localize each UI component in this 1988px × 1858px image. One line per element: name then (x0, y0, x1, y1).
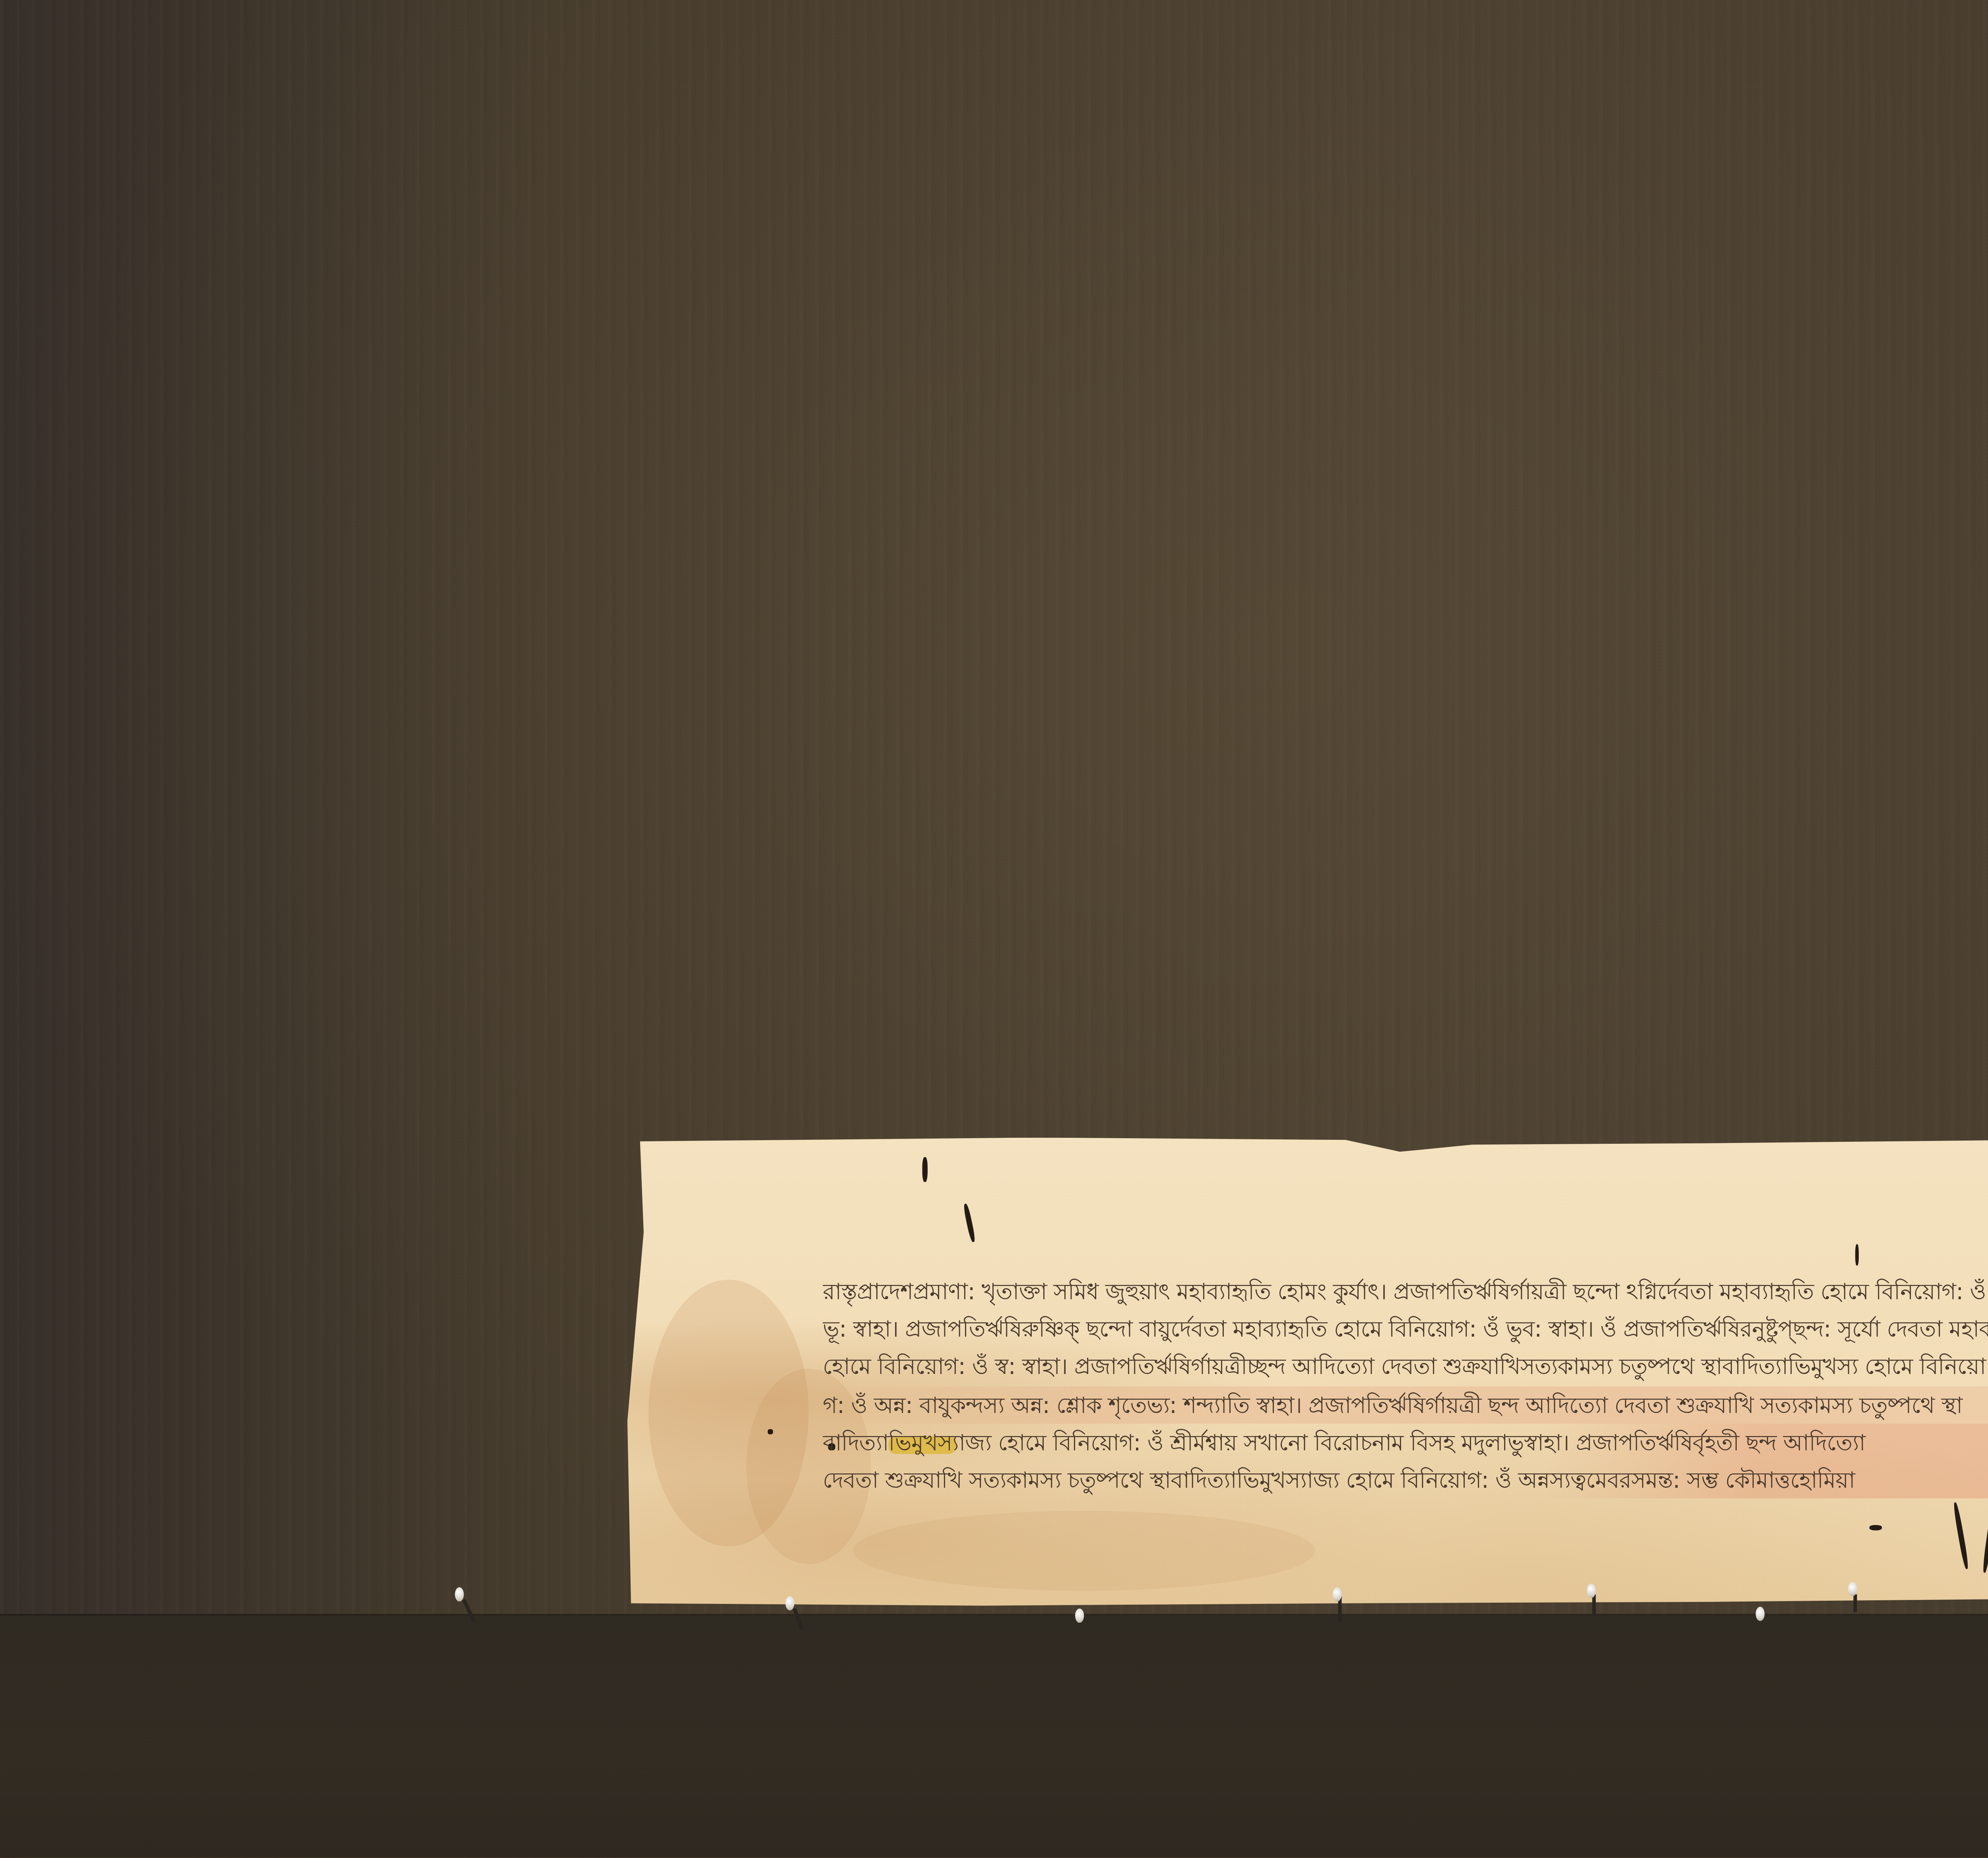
board-lower-panel (0, 1616, 1988, 1858)
damage-hole (922, 1157, 928, 1182)
manuscript-line-1: রাস্তৃপ্রাদেশপ্রমাণা: খৃতাক্তা সমিধ জুহু… (823, 1273, 1988, 1310)
manuscript-line-2: ভূ: স্বাহা। প্রজাপতির্ঋষিরুষ্ণিক্ ছন্দো … (823, 1310, 1988, 1348)
pin-head-icon (1848, 1582, 1857, 1596)
manuscript-line-5: বাদিত্যাভিমুখস্যাজ্য হোমে বিনিয়োগ: ওঁ শ… (823, 1423, 1988, 1461)
manuscript-line-6: দেবতা শুক্রযাখি সত্যকামস্য চতুষ্পথে স্থা… (823, 1461, 1988, 1499)
pin-head-icon (455, 1587, 464, 1601)
manuscript-text: রাস্তৃপ্রাদেশপ্রমাণা: খৃতাক্তা সমিধ জুহু… (823, 1273, 1988, 1498)
damage-hole (1870, 1525, 1882, 1530)
manuscript-line-3: হোমে বিনিয়োগ: ওঁ স্ব: স্বাহা। প্রজাপতির… (823, 1348, 1988, 1386)
pin-head-icon (1756, 1607, 1765, 1621)
pin-head-icon (1333, 1587, 1342, 1601)
damage-hole (768, 1429, 773, 1434)
pin-head-icon (1587, 1584, 1596, 1598)
photo-stage: রাস্তৃপ্রাদেশপ্রমাণা: খৃতাক্তা সমিধ জুহু… (0, 0, 1988, 1858)
pin-head-icon (1075, 1609, 1084, 1623)
pin-head-icon (785, 1596, 794, 1611)
damage-hole (1855, 1244, 1859, 1266)
manuscript-line-4: গ: ওঁ অন্ন: বাযুকন্দস্য অন্ন: শ্লোক শৃতে… (823, 1386, 1988, 1423)
board-seam-line (0, 1614, 1988, 1615)
